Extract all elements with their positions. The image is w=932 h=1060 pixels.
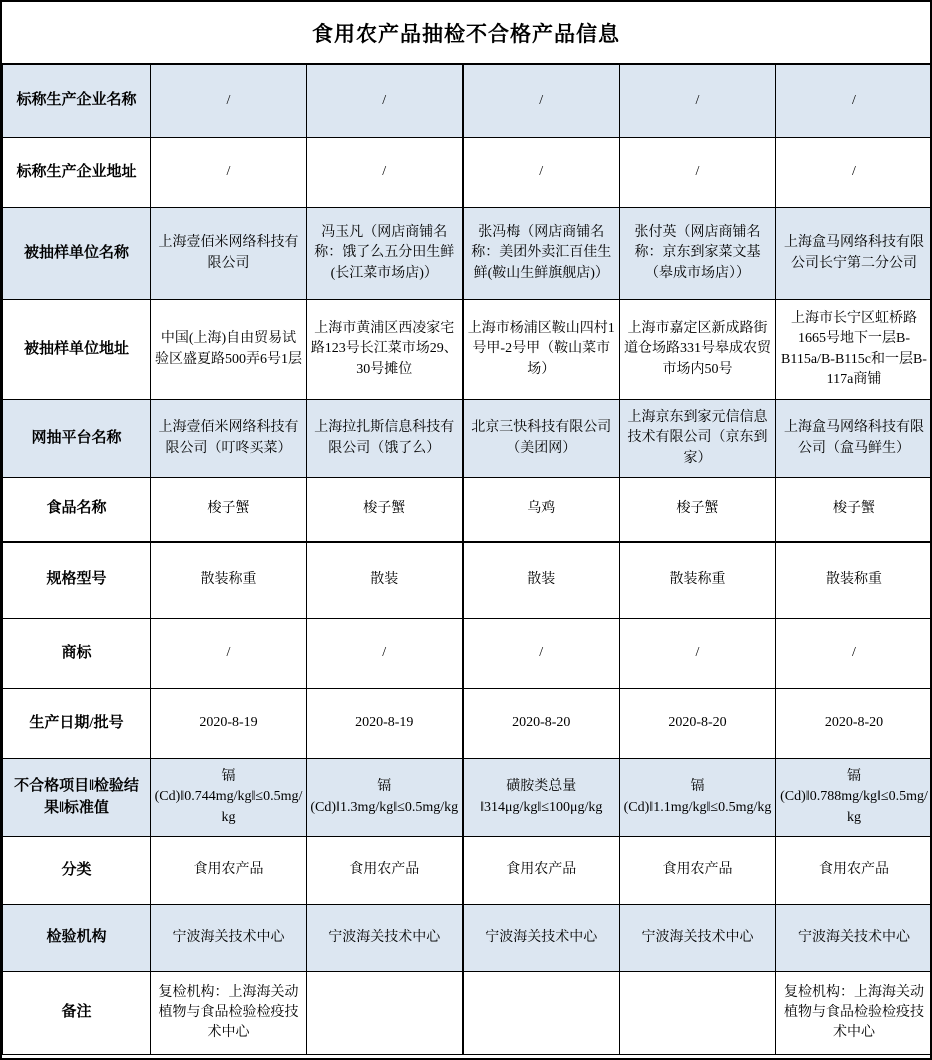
- table-cell: 梭子蟹: [151, 478, 307, 542]
- table-cell: 镉(Cd)‖1.1mg/kg‖≤0.5mg/kg: [620, 759, 776, 837]
- table-cell: 食用农产品: [620, 837, 776, 905]
- table-row: 标称生产企业地址/////: [3, 138, 932, 208]
- row-label: 不合格项目‖检验结果‖标准值: [3, 759, 151, 837]
- table-cell: 上海盒马网络科技有限公司（盒马鲜生）: [776, 400, 932, 478]
- row-label: 规格型号: [3, 542, 151, 619]
- table-cell: 宁波海关技术中心: [463, 905, 620, 972]
- row-label: 食品名称: [3, 478, 151, 542]
- table-row: 分类食用农产品食用农产品食用农产品食用农产品食用农产品: [3, 837, 932, 905]
- table-cell: /: [620, 65, 776, 138]
- table-cell: 2020-8-20: [463, 689, 620, 759]
- table-cell: 散装: [463, 542, 620, 619]
- table-row: 被抽样单位名称上海壹佰米网络科技有限公司冯玉凡（网店商铺名称：饿了么五分田生鲜(…: [3, 208, 932, 300]
- table-row: 检验机构宁波海关技术中心宁波海关技术中心宁波海关技术中心宁波海关技术中心宁波海关…: [3, 905, 932, 972]
- table-cell: 梭子蟹: [307, 478, 463, 542]
- table-cell: 散装称重: [776, 542, 932, 619]
- table-cell: /: [307, 619, 463, 689]
- table-cell: 2020-8-19: [307, 689, 463, 759]
- page-title: 食用农产品抽检不合格产品信息: [2, 2, 930, 64]
- table-cell: [463, 972, 620, 1055]
- row-label: 商标: [3, 619, 151, 689]
- table-cell: 2020-8-20: [776, 689, 932, 759]
- table-cell: 上海盒马网络科技有限公司长宁第二分公司: [776, 208, 932, 300]
- table-cell: 食用农产品: [151, 837, 307, 905]
- table-cell: 复检机构：上海海关动植物与食品检验检疫技术中心: [151, 972, 307, 1055]
- table-cell: 宁波海关技术中心: [620, 905, 776, 972]
- table-cell: 上海壹佰米网络科技有限公司: [151, 208, 307, 300]
- table-cell: 宁波海关技术中心: [307, 905, 463, 972]
- table-cell: 上海市黄浦区西凌家宅路123号长江菜市场29、30号摊位: [307, 300, 463, 400]
- table-cell: /: [307, 138, 463, 208]
- table-row: 被抽样单位地址中国(上海)自由贸易试验区盛夏路500弄6号1层上海市黄浦区西凌家…: [3, 300, 932, 400]
- table-cell: 梭子蟹: [776, 478, 932, 542]
- table-cell: 中国(上海)自由贸易试验区盛夏路500弄6号1层: [151, 300, 307, 400]
- row-label: 网抽平台名称: [3, 400, 151, 478]
- table-cell: /: [776, 619, 932, 689]
- table-cell: 镉(Cd)‖0.744mg/kg‖≤0.5mg/kg: [151, 759, 307, 837]
- table-row: 不合格项目‖检验结果‖标准值镉(Cd)‖0.744mg/kg‖≤0.5mg/kg…: [3, 759, 932, 837]
- table-cell: /: [151, 138, 307, 208]
- table-cell: /: [620, 619, 776, 689]
- table-body: 标称生产企业名称/////标称生产企业地址/////被抽样单位名称上海壹佰米网络…: [3, 65, 932, 1055]
- table-cell: 上海拉扎斯信息科技有限公司（饿了么）: [307, 400, 463, 478]
- inspection-results-table: 标称生产企业名称/////标称生产企业地址/////被抽样单位名称上海壹佰米网络…: [2, 64, 932, 1055]
- row-label: 标称生产企业名称: [3, 65, 151, 138]
- table-cell: 食用农产品: [776, 837, 932, 905]
- row-label: 标称生产企业地址: [3, 138, 151, 208]
- table-cell: 冯玉凡（网店商铺名称：饿了么五分田生鲜(长江菜市场店)）: [307, 208, 463, 300]
- table-cell: /: [151, 65, 307, 138]
- table-cell: /: [776, 138, 932, 208]
- table-cell: /: [463, 619, 620, 689]
- table-cell: 散装称重: [151, 542, 307, 619]
- table-row: 备注复检机构：上海海关动植物与食品检验检疫技术中心复检机构：上海海关动植物与食品…: [3, 972, 932, 1055]
- table-cell: /: [776, 65, 932, 138]
- table-cell: 食用农产品: [463, 837, 620, 905]
- table-cell: 散装: [307, 542, 463, 619]
- table-cell: 宁波海关技术中心: [151, 905, 307, 972]
- table-row: 商标/////: [3, 619, 932, 689]
- table-cell: 镉(Cd)‖1.3mg/kg‖≤0.5mg/kg: [307, 759, 463, 837]
- table-cell: /: [151, 619, 307, 689]
- table-cell: /: [620, 138, 776, 208]
- table-cell: 张冯梅（网店商铺名称：美团外卖汇百佳生鲜(鞍山生鲜旗舰店)）: [463, 208, 620, 300]
- row-label: 备注: [3, 972, 151, 1055]
- table-cell: /: [463, 65, 620, 138]
- table-row: 食品名称梭子蟹梭子蟹乌鸡梭子蟹梭子蟹: [3, 478, 932, 542]
- table-cell: 张付英（网店商铺名称：京东到家菜文基（皋成市场店））: [620, 208, 776, 300]
- table-cell: 宁波海关技术中心: [776, 905, 932, 972]
- table-cell: 上海市杨浦区鞍山四村1号甲-2号甲（鞍山菜市场）: [463, 300, 620, 400]
- table-row: 生产日期/批号2020-8-192020-8-192020-8-202020-8…: [3, 689, 932, 759]
- table-cell: 上海壹佰米网络科技有限公司（叮咚买菜）: [151, 400, 307, 478]
- table-cell: 磺胺类总量‖314μg/kg‖≤100μg/kg: [463, 759, 620, 837]
- table-cell: /: [463, 138, 620, 208]
- table-cell: [620, 972, 776, 1055]
- table-cell: 上海市嘉定区新成路街道仓场路331号皋成农贸市场内50号: [620, 300, 776, 400]
- table-cell: 上海市长宁区虹桥路1665号地下一层B-B115a/B-B115c和一层B-11…: [776, 300, 932, 400]
- row-label: 检验机构: [3, 905, 151, 972]
- inspection-report-sheet: 食用农产品抽检不合格产品信息 标称生产企业名称/////标称生产企业地址////…: [0, 0, 932, 1060]
- row-label: 分类: [3, 837, 151, 905]
- table-cell: 2020-8-19: [151, 689, 307, 759]
- table-row: 网抽平台名称上海壹佰米网络科技有限公司（叮咚买菜）上海拉扎斯信息科技有限公司（饿…: [3, 400, 932, 478]
- table-cell: 2020-8-20: [620, 689, 776, 759]
- table-row: 标称生产企业名称/////: [3, 65, 932, 138]
- table-cell: [307, 972, 463, 1055]
- table-cell: 北京三快科技有限公司（美团网）: [463, 400, 620, 478]
- table-cell: 上海京东到家元信信息技术有限公司（京东到家）: [620, 400, 776, 478]
- table-cell: 复检机构：上海海关动植物与食品检验检疫技术中心: [776, 972, 932, 1055]
- table-cell: 镉(Cd)‖0.788mg/kg‖≤0.5mg/kg: [776, 759, 932, 837]
- table-row: 规格型号散装称重散装散装散装称重散装称重: [3, 542, 932, 619]
- table-cell: 散装称重: [620, 542, 776, 619]
- row-label: 被抽样单位地址: [3, 300, 151, 400]
- row-label: 被抽样单位名称: [3, 208, 151, 300]
- table-cell: 乌鸡: [463, 478, 620, 542]
- table-cell: 食用农产品: [307, 837, 463, 905]
- table-cell: 梭子蟹: [620, 478, 776, 542]
- row-label: 生产日期/批号: [3, 689, 151, 759]
- table-cell: /: [307, 65, 463, 138]
